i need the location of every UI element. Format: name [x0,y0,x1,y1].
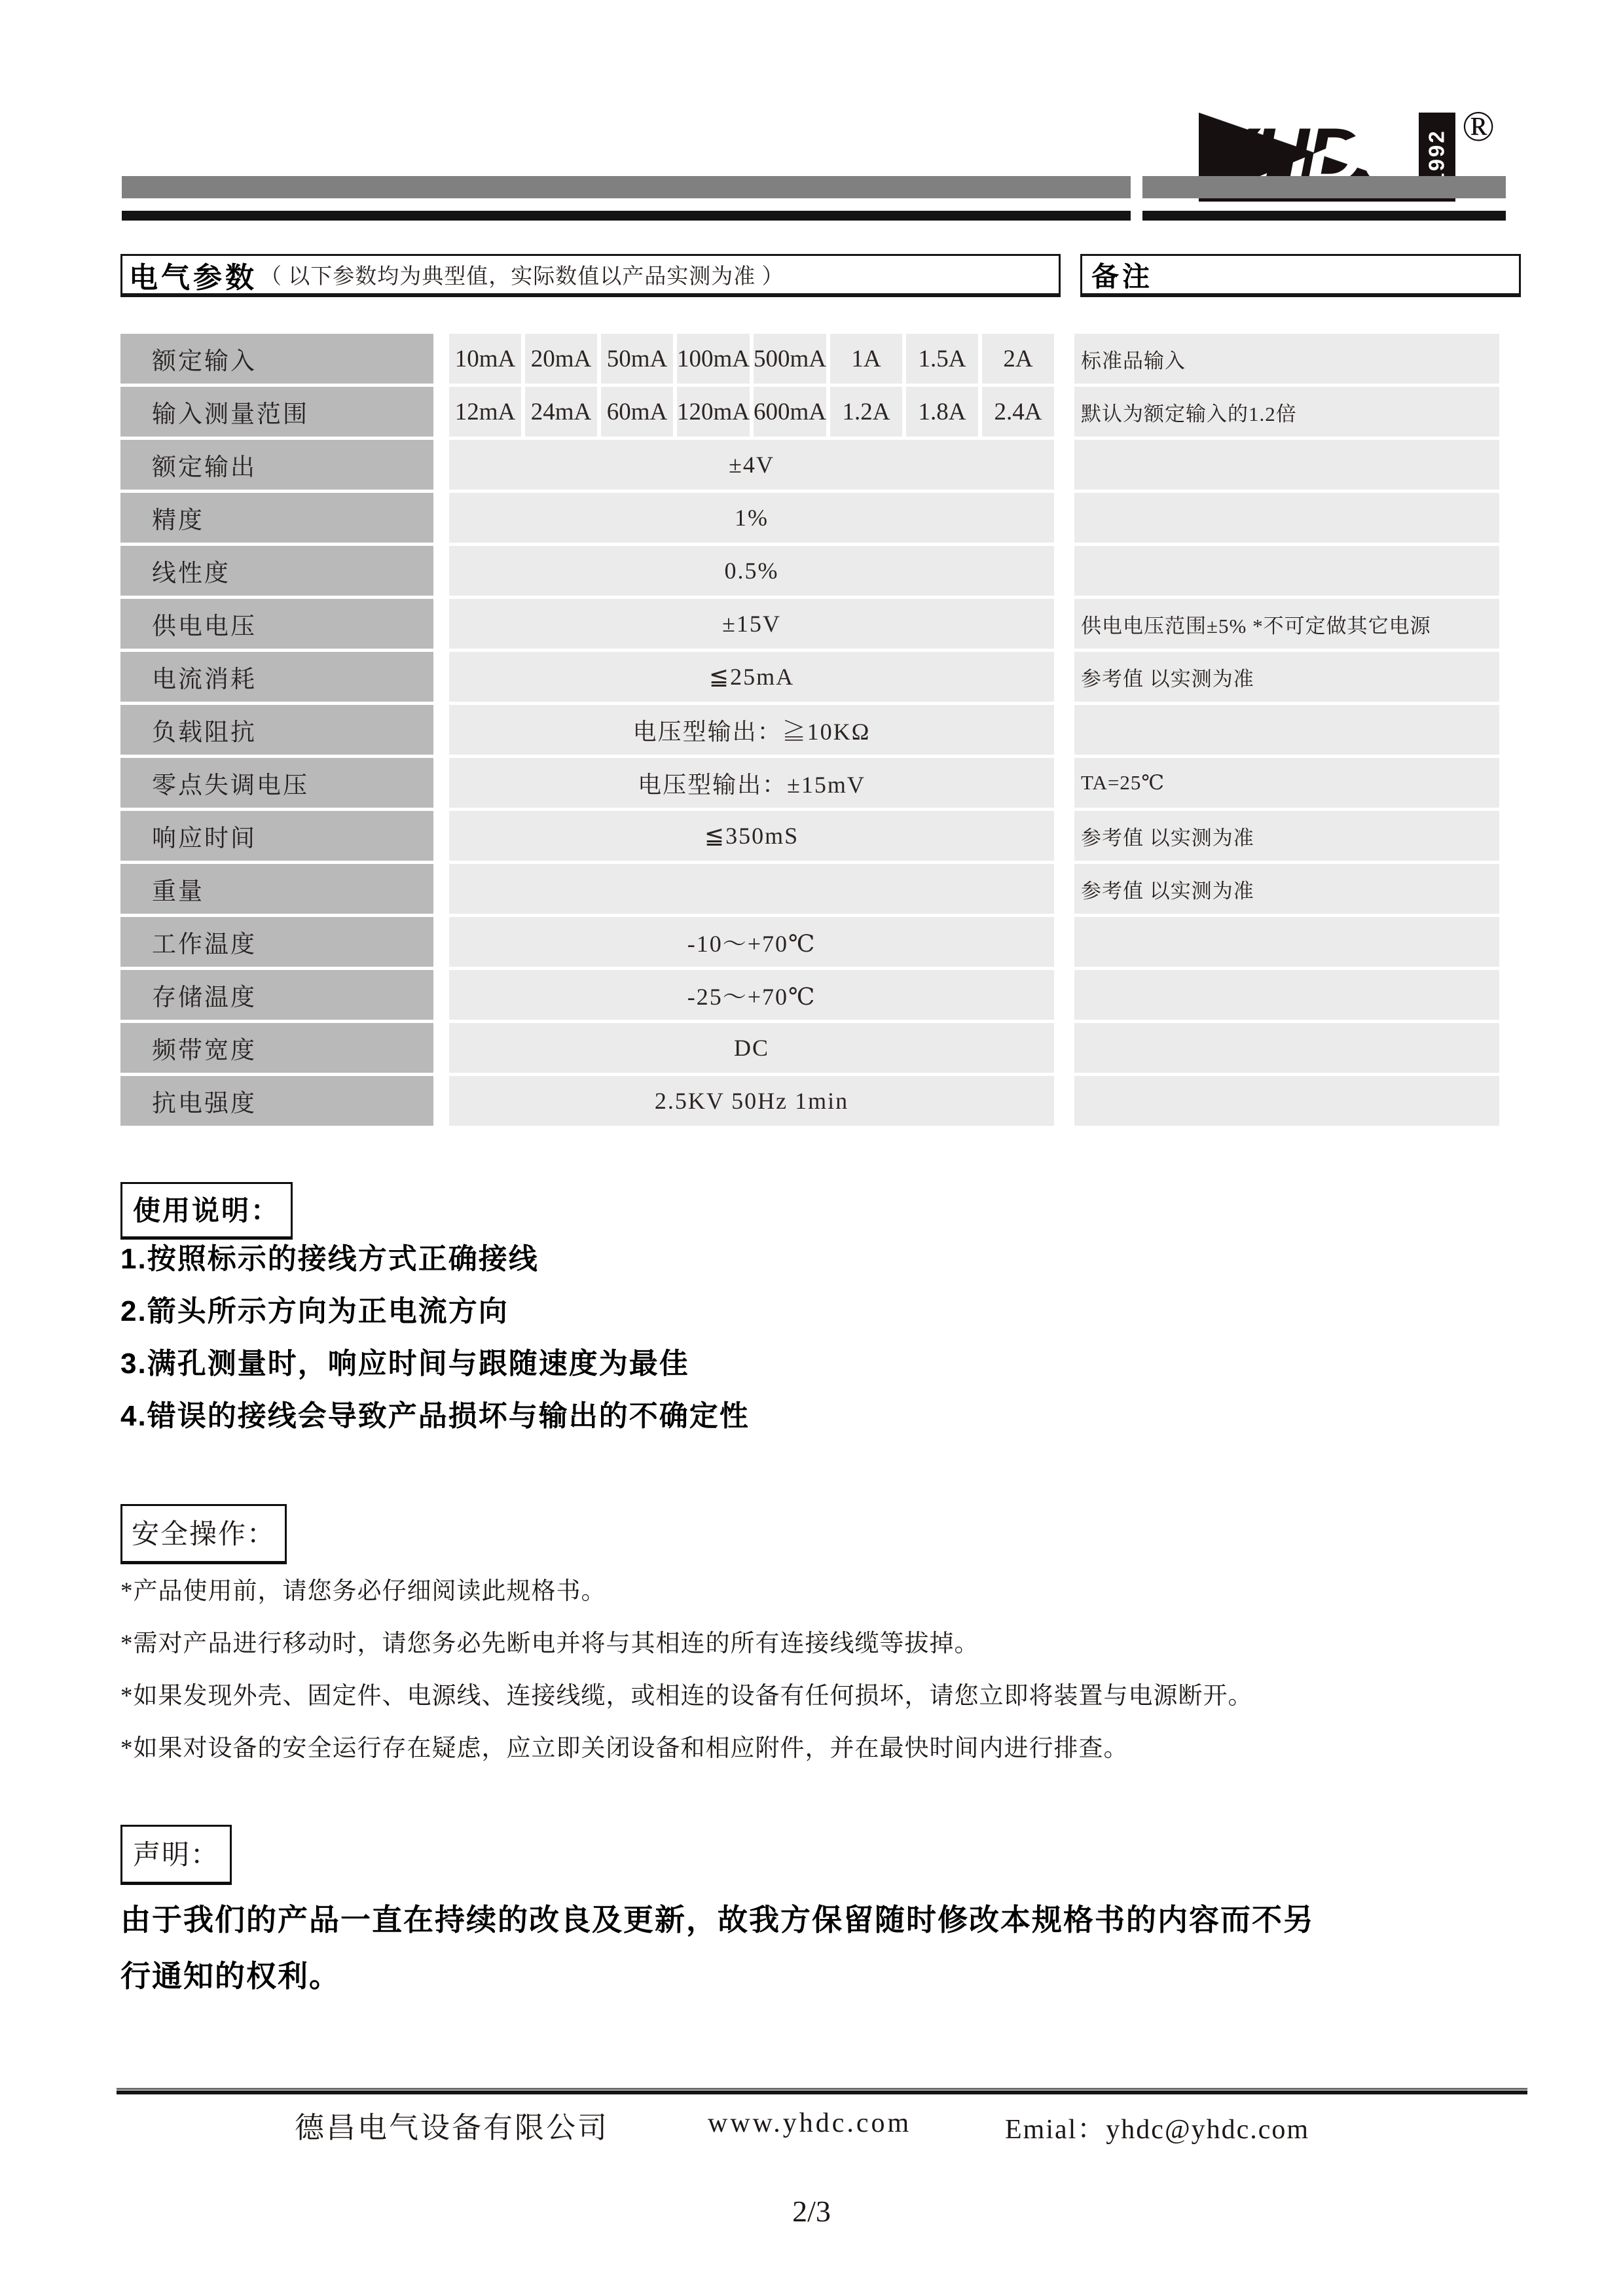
value-cell: 50mA [601,334,673,384]
table-row: 频带宽度DC [120,1023,1499,1073]
value-cell: 10mA [449,334,521,384]
row-remark: 默认为额定输入的1.2倍 [1074,387,1499,437]
safety-operation-item: *需对产品进行移动时，请您务必先断电并将与其相连的所有连接线缆等拔掉。 [120,1618,1253,1670]
row-values [449,864,1054,914]
row-label: 线性度 [120,546,433,596]
electrical-parameters-header-box: 电气参数 （ 以下参数均为典型值，实际数值以产品实测为准 ） [120,254,1061,297]
value-cell-merged: 电压型输出：±15mV [449,758,1054,808]
column-gap [433,811,449,861]
table-row: 电流消耗≦25mA参考值 以实测为准 [120,652,1499,702]
row-remark [1074,546,1499,596]
table-row: 精度1% [120,493,1499,543]
electrical-parameters-title: 电气参数 [129,254,257,296]
column-gap [433,493,449,543]
column-gap [1054,758,1074,808]
safety-operation-item: *产品使用前，请您务必仔细阅读此规格书。 [120,1566,1253,1618]
row-label: 工作温度 [120,917,433,967]
row-label: 重量 [120,864,433,914]
row-label: 供电电压 [120,599,433,649]
table-row: 线性度0.5% [120,546,1499,596]
value-cell-merged: 0.5% [449,546,1054,596]
header-bar-black-left [122,211,1131,221]
statement-line: 行通知的权利。 [120,1948,1535,2004]
row-remark [1074,1076,1499,1126]
column-gap [433,546,449,596]
row-values: 2.5KV 50Hz 1min [449,1076,1054,1126]
row-label: 响应时间 [120,811,433,861]
value-cell: 1.2A [830,387,902,437]
row-values: 1% [449,493,1054,543]
row-remark [1074,917,1499,967]
table-row: 响应时间≦350mS参考值 以实测为准 [120,811,1499,861]
spec-table: 额定输入10mA20mA50mA100mA500mA1A1.5A2A标准品输入输… [120,334,1499,1129]
row-remark [1074,440,1499,490]
value-cell: 1.5A [906,334,978,384]
column-gap [1054,546,1074,596]
row-label: 额定输入 [120,334,433,384]
column-gap [1054,652,1074,702]
row-label: 负载阻抗 [120,705,433,755]
value-cell-merged [449,864,1054,914]
value-cell-merged: -10～+70℃ [449,917,1054,967]
value-cell: 1A [830,334,902,384]
row-values: 12mA24mA60mA120mA600mA1.2A1.8A2.4A [449,387,1054,437]
value-cell-merged: 1% [449,493,1054,543]
usage-instruction-item: 1.按照标示的接线方式正确接线 [120,1233,750,1285]
row-label: 抗电强度 [120,1076,433,1126]
row-remark [1074,493,1499,543]
row-remark [1074,1023,1499,1073]
value-cell: 600mA [754,387,826,437]
header-bar-black-right [1142,211,1506,221]
column-gap [433,1023,449,1073]
table-row: 输入测量范围12mA24mA60mA120mA600mA1.2A1.8A2.4A… [120,387,1499,437]
remark-title: 备注 [1091,255,1153,295]
footer-rule-thick [117,2090,1527,2094]
column-gap [1054,493,1074,543]
column-gap [1054,917,1074,967]
column-gap [1054,1076,1074,1126]
column-gap [433,917,449,967]
value-cell-merged: ±4V [449,440,1054,490]
header-bar-gray-right [1142,176,1506,198]
column-gap [1054,387,1074,437]
row-values: ≦350mS [449,811,1054,861]
value-cell-merged: 电压型输出：≧10KΩ [449,705,1054,755]
value-cell-merged: DC [449,1023,1054,1073]
usage-instruction-item: 2.箭头所示方向为正电流方向 [120,1285,750,1338]
row-label: 存储温度 [120,970,433,1020]
column-gap [1054,334,1074,384]
column-gap [433,334,449,384]
table-row: 工作温度-10～+70℃ [120,917,1499,967]
column-gap [1054,864,1074,914]
row-values: 10mA20mA50mA100mA500mA1A1.5A2A [449,334,1054,384]
row-label: 零点失调电压 [120,758,433,808]
value-cell: 24mA [525,387,597,437]
column-gap [433,440,449,490]
table-row: 抗电强度2.5KV 50Hz 1min [120,1076,1499,1126]
footer-email: Emial：yhdc@yhdc.com [1005,2108,1309,2147]
column-gap [1054,1023,1074,1073]
table-row: 存储温度-25～+70℃ [120,970,1499,1020]
value-cell-merged: ≦350mS [449,811,1054,861]
row-remark: 参考值 以实测为准 [1074,652,1499,702]
row-values: ±15V [449,599,1054,649]
value-cell-merged: -25～+70℃ [449,970,1054,1020]
value-cell: 60mA [601,387,673,437]
remark-header-box: 备注 [1080,254,1521,297]
row-remark: 参考值 以实测为准 [1074,864,1499,914]
usage-instruction-item: 3.满孔测量时，响应时间与跟随速度为最佳 [120,1338,750,1390]
datasheet-page: YHDC YHDC 1992 ® 电气参数 （ 以下参数均为典型值，实际数值以产… [0,0,1623,2296]
safety-operation-list: *产品使用前，请您务必仔细阅读此规格书。*需对产品进行移动时，请您务必先断电并将… [120,1566,1253,1775]
row-values: 电压型输出：±15mV [449,758,1054,808]
row-label: 额定输出 [120,440,433,490]
value-cell: 12mA [449,387,521,437]
column-gap [1054,599,1074,649]
statement-heading-box: 声明： [120,1825,232,1885]
registered-trademark-icon: ® [1462,102,1495,152]
row-remark: 参考值 以实测为准 [1074,811,1499,861]
row-remark: 供电电压范围±5% *不可定做其它电源 [1074,599,1499,649]
value-cell: 1.8A [906,387,978,437]
row-label: 电流消耗 [120,652,433,702]
table-row: 负载阻抗电压型输出：≧10KΩ [120,705,1499,755]
row-values: 0.5% [449,546,1054,596]
value-cell: 120mA [677,387,750,437]
electrical-parameters-note: （ 以下参数均为典型值，实际数值以产品实测为准 ） [260,259,784,290]
row-remark: TA=25℃ [1074,758,1499,808]
safety-operation-item: *如果发现外壳、固定件、电源线、连接线缆，或相连的设备有任何损坏，请您立即将装置… [120,1670,1253,1723]
column-gap [433,387,449,437]
row-values: 电压型输出：≧10KΩ [449,705,1054,755]
column-gap [1054,440,1074,490]
usage-instruction-item: 4.错误的接线会导致产品损坏与输出的不确定性 [120,1390,750,1443]
column-gap [433,705,449,755]
table-row: 重量参考值 以实测为准 [120,864,1499,914]
row-values: -10～+70℃ [449,917,1054,967]
row-remark [1074,705,1499,755]
row-remark [1074,970,1499,1020]
safety-operation-item: *如果对设备的安全运行存在疑虑，应立即关闭设备和相应附件，并在最快时间内进行排查… [120,1723,1253,1775]
value-cell: 2.4A [982,387,1054,437]
column-gap [1054,705,1074,755]
value-cell-merged: ±15V [449,599,1054,649]
row-label: 精度 [120,493,433,543]
column-gap [1054,811,1074,861]
value-cell: 100mA [677,334,750,384]
statement-line: 由于我们的产品一直在持续的改良及更新，故我方保留随时修改本规格书的内容而不另 [120,1892,1535,1948]
column-gap [433,652,449,702]
value-cell: 2A [982,334,1054,384]
table-row: 零点失调电压电压型输出：±15mVTA=25℃ [120,758,1499,808]
footer-rule-thin [117,2088,1527,2090]
value-cell-merged: ≦25mA [449,652,1054,702]
safety-operation-heading-box: 安全操作： [120,1504,287,1564]
footer-website: www.yhdc.com [708,2108,911,2139]
column-gap [433,758,449,808]
row-values: DC [449,1023,1054,1073]
value-cell: 20mA [525,334,597,384]
row-values: ±4V [449,440,1054,490]
value-cell-merged: 2.5KV 50Hz 1min [449,1076,1054,1126]
table-row: 供电电压±15V供电电压范围±5% *不可定做其它电源 [120,599,1499,649]
row-remark: 标准品输入 [1074,334,1499,384]
usage-instructions-heading-box: 使用说明： [120,1182,293,1240]
header-bar-gray-left [122,176,1131,198]
page-number: 2/3 [0,2194,1623,2229]
statement-body: 由于我们的产品一直在持续的改良及更新，故我方保留随时修改本规格书的内容而不另行通… [120,1892,1535,2004]
row-label: 频带宽度 [120,1023,433,1073]
column-gap [433,599,449,649]
column-gap [433,970,449,1020]
row-values: -25～+70℃ [449,970,1054,1020]
usage-instructions-list: 1.按照标示的接线方式正确接线2.箭头所示方向为正电流方向3.满孔测量时，响应时… [120,1233,750,1443]
footer-company-name: 德昌电气设备有限公司 [295,2104,609,2146]
value-cell: 500mA [754,334,826,384]
column-gap [1054,970,1074,1020]
row-label: 输入测量范围 [120,387,433,437]
column-gap [433,1076,449,1126]
column-gap [433,864,449,914]
row-values: ≦25mA [449,652,1054,702]
table-row: 额定输入10mA20mA50mA100mA500mA1A1.5A2A标准品输入 [120,334,1499,384]
table-row: 额定输出±4V [120,440,1499,490]
